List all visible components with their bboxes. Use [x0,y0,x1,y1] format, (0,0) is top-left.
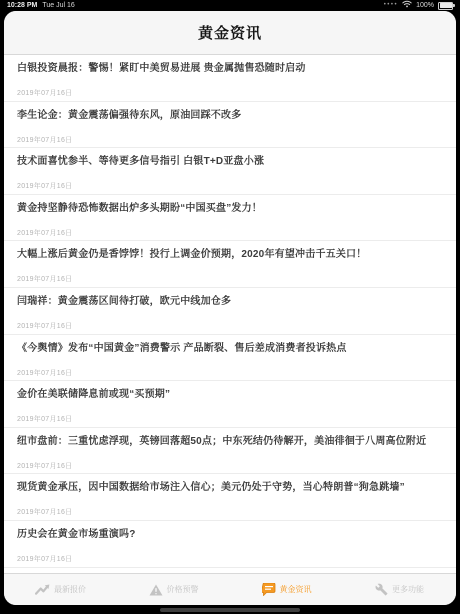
list-item-title: 白银投资晨报：警惕！紧盯中美贸易进展 贵金属抛售恐随时启动 [17,62,442,75]
list-item-title: 历史会在黄金市场重演吗? [17,528,442,541]
navigation-bar: 黄金资讯 [4,11,456,55]
cellular-signal-icon: •••• [384,0,398,11]
battery-icon [438,2,453,10]
tab-price-alert[interactable]: 价格预警 [117,574,230,605]
list-item-title: 闫瑞祥：黄金震荡区间待打破，欧元中线加仓多 [17,295,442,308]
home-indicator[interactable] [160,608,300,612]
list-item[interactable]: 闫瑞祥：黄金震荡区间待打破，欧元中线加仓多 2019年07月16日 [4,288,456,335]
list-item-title: 纽市盘前：三重忧虑浮现，英镑回落超50点；中东死结仍待解开，美油徘徊于八周高位附… [17,435,442,448]
list-item-title: 李生论金：黄金震荡偏强待东风，原油回踩不改多 [17,109,442,122]
tab-label: 更多功能 [392,584,424,595]
status-time: 10:28 PM [7,0,37,11]
tab-latest-quotes[interactable]: 最新报价 [4,574,117,605]
list-item-title: 金价在美联储降息前或现“买预期” [17,388,442,401]
warning-icon [149,584,163,596]
tab-gold-news[interactable]: 黄金资讯 [230,574,343,605]
list-item[interactable]: 黄金持坚静待恐怖数据出炉多头期盼“中国买盘”发力！ 2019年07月16日 [4,195,456,242]
tab-label: 最新报价 [54,584,86,595]
status-bar: 10:28 PM Tue Jul 16 •••• 100% [0,0,460,11]
list-item-date: 2019年07月16日 [17,414,442,424]
list-item-date: 2019年07月16日 [17,228,442,238]
chat-bubble-icon [262,583,276,596]
list-item[interactable]: 技术面喜忧参半、等待更多信号指引 白银T+D亚盘小涨 2019年07月16日 [4,148,456,195]
list-item-date: 2019年07月16日 [17,321,442,331]
app-screen: 黄金资讯 白银投资晨报：警惕！紧盯中美贸易进展 贵金属抛售恐随时启动 2019年… [4,11,456,605]
list-item[interactable]: 《今舆情》发布“中国黄金”消费警示 产品断裂、售后差成消费者投诉热点 2019年… [4,335,456,382]
battery-percent: 100% [416,0,434,11]
list-item-date: 2019年07月16日 [17,135,442,145]
tab-more-features[interactable]: 更多功能 [343,574,456,605]
list-item-title: 技术面喜忧参半、等待更多信号指引 白银T+D亚盘小涨 [17,155,442,168]
list-item[interactable]: 金价在美联储降息前或现“买预期” 2019年07月16日 [4,381,456,428]
list-item[interactable]: 白银投资晨报：警惕！紧盯中美贸易进展 贵金属抛售恐随时启动 2019年07月16… [4,55,456,102]
tab-label: 黄金资讯 [280,584,312,595]
list-item-date: 2019年07月16日 [17,461,442,471]
list-item-title: 大幅上涨后黄金仍是香饽饽！投行上调金价预期，2020年有望冲击千五关口！ [17,248,442,261]
list-item-date: 2019年07月16日 [17,507,442,517]
list-item-date: 2019年07月16日 [17,88,442,98]
list-item-date: 2019年07月16日 [17,554,442,564]
trend-up-icon [35,584,50,595]
tab-bar: 最新报价 价格预警 黄金资讯 [4,573,456,605]
list-item[interactable]: 历史会在黄金市场重演吗? 2019年07月16日 [4,521,456,568]
list-item-date: 2019年07月16日 [17,181,442,191]
list-item[interactable]: 大幅上涨后黄金仍是香饽饽！投行上调金价预期，2020年有望冲击千五关口！ 201… [4,241,456,288]
news-list[interactable]: 白银投资晨报：警惕！紧盯中美贸易进展 贵金属抛售恐随时启动 2019年07月16… [4,55,456,573]
list-item-date: 2019年07月16日 [17,368,442,378]
list-item-title: 现货黄金承压，因中国数据给市场注入信心；美元仍处于守势，当心特朗普“狗急跳墙” [17,481,442,494]
wifi-icon [402,0,412,12]
list-item[interactable]: 现货黄金承压，因中国数据给市场注入信心；美元仍处于守势，当心特朗普“狗急跳墙” … [4,474,456,521]
list-item-date: 2019年07月16日 [17,274,442,284]
page-title: 黄金资讯 [198,22,262,43]
tab-label: 价格预警 [167,584,199,595]
status-date: Tue Jul 16 [42,0,74,11]
list-item-title: 《今舆情》发布“中国黄金”消费警示 产品断裂、售后差成消费者投诉热点 [17,342,442,355]
wrench-icon [375,583,388,596]
list-item[interactable]: 李生论金：黄金震荡偏强待东风，原油回踩不改多 2019年07月16日 [4,102,456,149]
list-item[interactable]: 纽市盘前：三重忧虑浮现，英镑回落超50点；中东死结仍待解开，美油徘徊于八周高位附… [4,428,456,475]
list-item-title: 黄金持坚静待恐怖数据出炉多头期盼“中国买盘”发力！ [17,202,442,215]
